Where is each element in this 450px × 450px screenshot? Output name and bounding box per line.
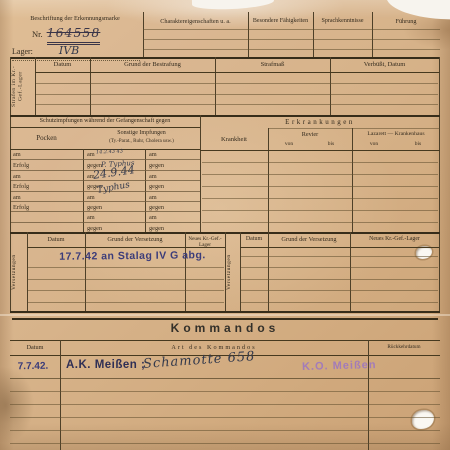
versetzungen-side-label-right: Versetzungen: [226, 238, 239, 306]
rule-line: [143, 29, 440, 30]
paper-tear-top-right: [385, 0, 450, 20]
lazarett-von-label: von: [352, 141, 396, 147]
kommandos-col-rueckkehr: Rückkehrdatum: [368, 345, 440, 351]
rule-line: [241, 256, 438, 257]
versetzungen-col-datum: Datum: [27, 236, 85, 243]
lager-value: IVB: [59, 44, 79, 57]
table-border: [268, 128, 269, 232]
rule-line: [202, 198, 438, 199]
nr-label: Nr.: [32, 29, 43, 39]
erkrankungen-title: Erkrankungen: [200, 118, 440, 126]
rule-line: [10, 417, 440, 418]
rule-line: [28, 290, 224, 291]
rule-line: [28, 279, 224, 280]
table-border: [200, 115, 201, 232]
kommando-entry-date-stamp: 7.7.42.: [8, 361, 58, 373]
rule-line: [202, 222, 438, 223]
impfungen-cell: am: [10, 149, 83, 159]
strafen-col-grund: Grund der Bestrafung: [90, 61, 215, 68]
impfungen-col-sonstige-sub: (Ty.-Parat., Ruhr, Cholera usw.): [83, 139, 200, 145]
table-border: [240, 232, 241, 311]
rule-line: [36, 94, 438, 95]
kommandos-col-datum: Datum: [10, 344, 60, 351]
handwritten-date: 14.2.43 43: [96, 149, 123, 156]
kommando-entry-ko-stamp: K.O. Meißen: [302, 359, 377, 374]
impfungen-cell: am: [10, 170, 83, 180]
rule-line: [10, 404, 440, 405]
kommando-entry-unit-stamp: A.K. Meißen ;: [66, 359, 145, 372]
erkennungsmarke-label: Beschriftung der Erkennungsmarke: [8, 15, 142, 22]
impfungen-cell: am: [10, 191, 83, 201]
table-border: [352, 128, 353, 232]
table-border: [439, 57, 440, 311]
column-header-fuehrung: Führung: [372, 18, 440, 25]
rule-line: [241, 290, 438, 291]
strafen-side-label: Strafen im Kr.-Gef.-Lager: [11, 60, 34, 113]
rule-line: [10, 378, 440, 379]
column-header-sprachen: Sprachkenntnisse: [313, 18, 372, 25]
impfungen-cell: gegen: [83, 222, 145, 232]
impfungen-cell: [10, 222, 83, 232]
paper-hole: [412, 410, 434, 429]
rule-line: [36, 104, 438, 105]
kommandos-title: Kommandos: [0, 322, 450, 336]
rule-line: [241, 302, 438, 303]
versetzungen-side-label-left: Versetzungen: [11, 238, 26, 306]
section-divider: [10, 57, 440, 59]
table-border: [368, 340, 369, 450]
rule-line: [27, 247, 225, 248]
impfungen-cell: am: [145, 211, 200, 221]
rule-line: [10, 340, 440, 341]
impfungen-cell: gegen: [145, 222, 200, 232]
rule-line: [241, 279, 438, 280]
section-divider: [12, 318, 438, 320]
impfungen-cell: gegen: [145, 159, 200, 169]
table-border: [350, 232, 351, 311]
impfungen-cell: [10, 211, 83, 221]
rule-line: [36, 83, 438, 84]
impfungen-cell: am: [145, 149, 200, 159]
rule-line: [202, 186, 438, 187]
rule-line: [10, 127, 200, 128]
column-header-charakter: Charaktereigenschaften u. a.: [143, 18, 248, 25]
table-border: [268, 232, 269, 311]
impfungen-cell: Erfolg: [10, 159, 83, 169]
lager-label: Lager:: [12, 47, 33, 56]
impfungen-cell: am: [83, 211, 145, 221]
table-border: [27, 232, 28, 311]
paper-tear-top: [192, 0, 274, 10]
nr-value: 164558: [47, 25, 101, 40]
versetzungen-col-neues-2: Neues Kr.-Gef.-Lager: [350, 236, 439, 243]
rule-line: [202, 174, 438, 175]
rule-line: [10, 391, 440, 392]
erkrankungen-col-lazarett: Lazarett — Krankenhaus: [352, 131, 440, 138]
rule-line: [35, 72, 439, 73]
rule-line: [10, 430, 440, 431]
rule-line: [241, 267, 438, 268]
strafen-col-datum: Datum: [35, 61, 90, 68]
impfungen-cell: gegen: [145, 201, 200, 211]
versetzungen-col-datum-2: Datum: [240, 236, 268, 243]
erkrankungen-col-krankheit: Krankheit: [200, 136, 268, 143]
versetzungen-col-grund: Grund der Versetzung: [85, 236, 185, 243]
impfungen-cell: am: [145, 170, 200, 180]
impfungen-cell: am: [145, 191, 200, 201]
strafen-col-strafmass: Strafmaß: [215, 61, 330, 68]
versetzung-entry-stamp: 17.7.42 an Stalag IV G abg.: [40, 249, 225, 263]
column-header-faehigkeiten: Besondere Fähigkeiten: [248, 18, 313, 25]
kommando-entry-handwritten: Schamotte 658: [143, 350, 256, 373]
table-border: [185, 232, 186, 311]
pow-record-card: Beschriftung der Erkennungsmarke Nr. 164…: [0, 0, 450, 450]
rule-line: [202, 162, 438, 163]
rule-line: [240, 247, 439, 248]
versetzungen-col-grund-2: Grund der Versetzung: [268, 236, 350, 243]
rule-line: [143, 49, 440, 50]
section-divider: [10, 311, 440, 313]
rule-line: [268, 128, 440, 129]
strafen-col-verbuesst: Verbüßt, Datum: [330, 61, 439, 68]
impfungen-col-pocken: Pocken: [10, 134, 83, 142]
kommandos-col-art: Art des Kommandos: [60, 344, 368, 351]
revier-von-label: von: [268, 141, 310, 147]
rule-line: [28, 302, 224, 303]
lazarett-bis-label: bis: [396, 141, 440, 147]
impfungen-cell: Erfolg: [10, 201, 83, 211]
erkrankungen-col-revier: Revier: [268, 131, 352, 138]
table-border: [60, 340, 61, 450]
fold-crease: [0, 314, 450, 316]
rule-line: [200, 150, 440, 151]
rule-line: [28, 267, 224, 268]
impfungen-cell: gegen: [83, 201, 145, 211]
rule-line: [10, 443, 440, 444]
rule-line: [143, 39, 440, 40]
revier-bis-label: bis: [310, 141, 352, 147]
impfungen-col-sonstige: Sonstige Impfungen: [83, 130, 200, 137]
impfungen-cell: gegen: [145, 180, 200, 190]
impfungen-cell: Erfolg: [10, 180, 83, 190]
rule-line: [202, 210, 438, 211]
table-border: [85, 232, 86, 311]
impfungen-title: Schutzimpfungen während der Gefangenscha…: [10, 118, 200, 125]
